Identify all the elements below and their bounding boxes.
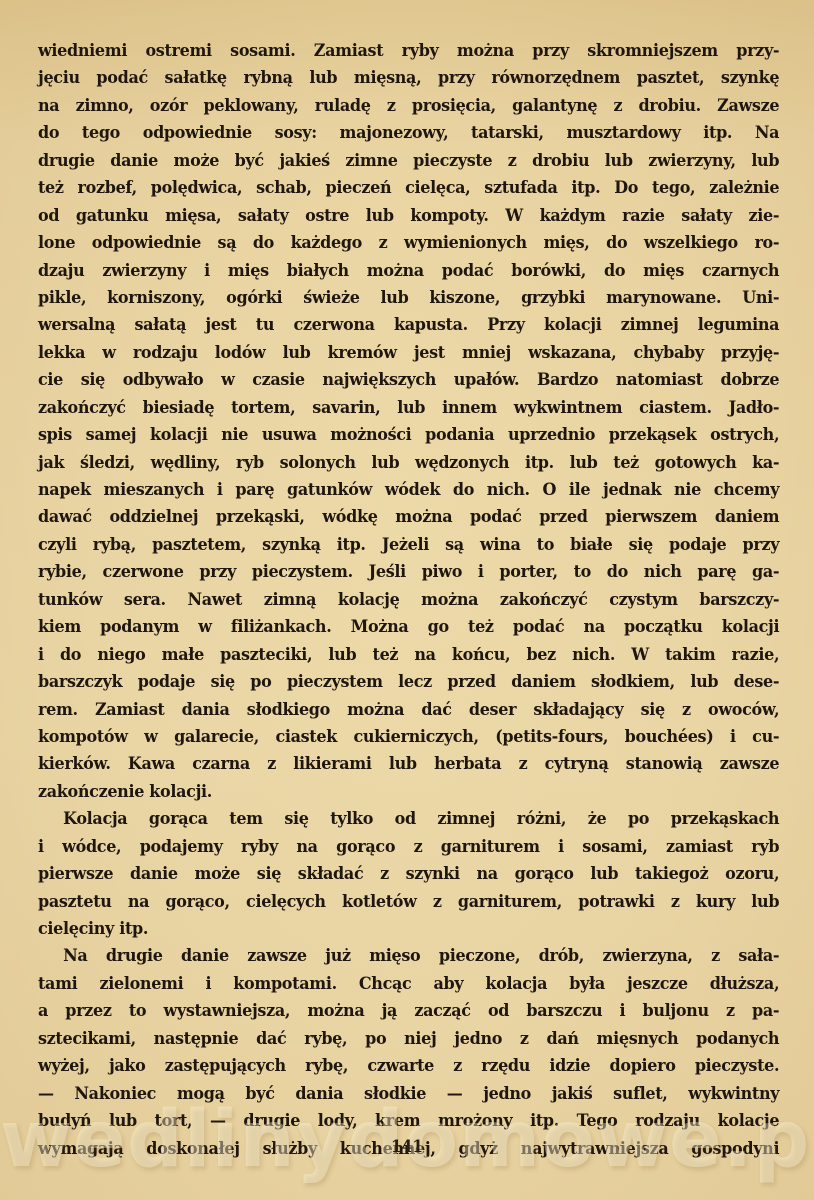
text-line: spis samej kolacji nie usuwa możności po… (38, 422, 779, 449)
text-line: drugie danie może być jakieś zimne piecz… (38, 148, 779, 175)
text-line: pasztetu na gorąco, cielęcych kotletów z… (38, 889, 779, 916)
paragraph-1: wiedniemi ostremi sosami. Zamiast ryby m… (38, 38, 779, 806)
text-line: i wódce, podajemy ryby na gorąco z garni… (38, 834, 779, 861)
text-line: jak śledzi, wędliny, ryb solonych lub wę… (38, 450, 779, 477)
paragraph-3: Na drugie danie zawsze już mięso pieczon… (38, 943, 779, 1163)
text-line: czyli rybą, pasztetem, szynką itp. Jeżel… (38, 532, 779, 559)
text-line: jęciu podać sałatkę rybną lub mięsną, pr… (38, 65, 779, 92)
text-line: a przez to wystawniejsza, można ją zaczą… (38, 998, 779, 1025)
text-line: barszczyk podaje się po pieczystem lecz … (38, 669, 779, 696)
text-line: sztecikami, następnie dać rybę, po niej … (38, 1026, 779, 1053)
text-line: budyń lub tort, — drugie lody, krem mroż… (38, 1108, 779, 1135)
text-line: Kolacja gorąca tem się tylko od zimnej r… (38, 806, 779, 833)
text-line: tami zielonemi i kompotami. Chcąc aby ko… (38, 971, 779, 998)
text-line: i do niego małe paszteciki, lub też na k… (38, 642, 779, 669)
text-line: rybie, czerwone przy pieczystem. Jeśli p… (38, 559, 779, 586)
text-line: dzaju zwierzyny i mięs białych można pod… (38, 258, 779, 285)
text-line: — Nakoniec mogą być dania słodkie — jedn… (38, 1081, 779, 1108)
text-line: napek mieszanych i parę gatunków wódek d… (38, 477, 779, 504)
paragraph-2: Kolacja gorąca tem się tylko od zimnej r… (38, 806, 779, 943)
text-line: dawać oddzielnej przekąski, wódkę można … (38, 504, 779, 531)
text-line: od gatunku mięsa, sałaty ostre lub kompo… (38, 203, 779, 230)
text-line: lekka w rodzaju lodów lub kremów jest mn… (38, 340, 779, 367)
text-line: tunków sera. Nawet zimną kolację można z… (38, 587, 779, 614)
text-line: rem. Zamiast dania słodkiego można dać d… (38, 697, 779, 724)
text-line: cie się odbywało w czasie największych u… (38, 367, 779, 394)
text-line: pikle, korniszony, ogórki świeże lub kis… (38, 285, 779, 312)
text-line: wiedniemi ostremi sosami. Zamiast ryby m… (38, 38, 779, 65)
text-line: cielęciny itp. (38, 916, 779, 943)
text-line: Na drugie danie zawsze już mięso pieczon… (38, 943, 779, 970)
text-line: na zimno, ozór peklowany, ruladę z prosi… (38, 93, 779, 120)
text-line: kompotów w galarecie, ciastek cukiernicz… (38, 724, 779, 751)
page-body: wiedniemi ostremi sosami. Zamiast ryby m… (38, 38, 779, 1163)
text-line: zakończenie kolacji. (38, 779, 779, 806)
text-line: wyżej, jako zastępujących rybę, czwarte … (38, 1053, 779, 1080)
text-line: do tego odpowiednie sosy: majonezowy, ta… (38, 120, 779, 147)
text-line: kiem podanym w filiżankach. Można go też… (38, 614, 779, 641)
text-line: zakończyć biesiadę tortem, savarin, lub … (38, 395, 779, 422)
text-line: pierwsze danie może się składać z szynki… (38, 861, 779, 888)
text-line: kierków. Kawa czarna z likierami lub her… (38, 751, 779, 778)
text-line: lone odpowiednie są do każdego z wymieni… (38, 230, 779, 257)
page-number: 141 (41, 1137, 774, 1157)
text-line: też rozbef, polędwica, schab, pieczeń ci… (38, 175, 779, 202)
text-line: wersalną sałatą jest tu czerwona kapusta… (38, 312, 779, 339)
